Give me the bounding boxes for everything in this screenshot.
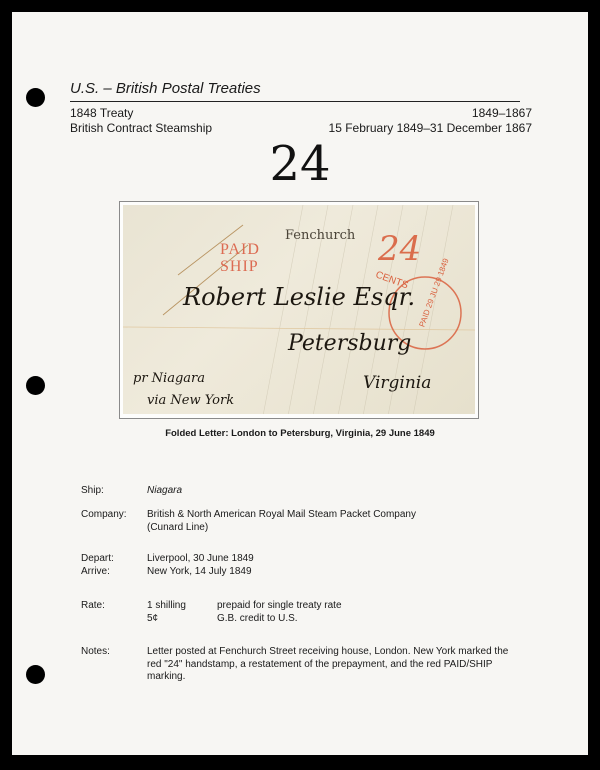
company-name: British & North American Royal Mail Stea… xyxy=(147,509,517,522)
rate-label: Rate: xyxy=(81,600,141,613)
notes-line: Letter posted at Fenchurch Street receiv… xyxy=(147,646,527,659)
ship-stamp: SHIP xyxy=(220,258,259,275)
treaty-label: 1848 Treaty xyxy=(70,106,212,121)
receiving-house-stamp: Fenchurch xyxy=(285,228,356,243)
cover-image-frame: Fenchurch PAID SHIP 24 CENTS PAID 29 JU … xyxy=(119,201,479,419)
period-dates: 15 February 1849–31 December 1867 xyxy=(329,121,532,136)
cover-caption: Folded Letter: London to Petersburg, Vir… xyxy=(0,428,600,439)
page-number: 24 xyxy=(0,136,600,192)
rate-desc-2: G.B. credit to U.S. xyxy=(217,613,517,626)
paid-stamp: PAID xyxy=(220,241,260,258)
company-alias: (Cunard Line) xyxy=(147,522,517,535)
routing-ship: pr Niagara xyxy=(133,371,205,386)
addressee-name: Robert Leslie Esqr. xyxy=(182,283,415,311)
period-years: 1849–1867 xyxy=(329,106,532,121)
letter-artwork: Fenchurch PAID SHIP 24 CENTS PAID 29 JU … xyxy=(123,205,475,414)
notes-label: Notes: xyxy=(81,646,141,659)
depart-value: Liverpool, 30 June 1849 xyxy=(147,553,517,566)
address-city: Petersburg xyxy=(287,331,411,356)
routing-via: via New York xyxy=(147,393,234,408)
header-right: 1849–1867 15 February 1849–31 December 1… xyxy=(329,106,532,136)
service-label: British Contract Steamship xyxy=(70,121,212,136)
address-state: Virginia xyxy=(363,373,431,393)
depart-label: Depart: xyxy=(81,553,141,566)
notes-line: red "24" handstamp, a restatement of the… xyxy=(147,659,527,672)
ship-label: Ship: xyxy=(81,485,141,498)
rate-desc-1: prepaid for single treaty rate xyxy=(217,600,517,613)
title-rule xyxy=(70,101,520,102)
header-left: 1848 Treaty British Contract Steamship xyxy=(70,106,212,136)
folded-letter-image: Fenchurch PAID SHIP 24 CENTS PAID 29 JU … xyxy=(123,205,475,414)
punch-hole xyxy=(26,88,45,107)
datestamp-text: PAID 29 JU 29 1849 xyxy=(417,257,450,329)
punch-hole xyxy=(26,376,45,395)
notes-line: marking. xyxy=(147,671,527,684)
arrive-value: New York, 14 July 1849 xyxy=(147,566,517,579)
rate-handstamp: 24 xyxy=(377,229,421,269)
company-value: British & North American Royal Mail Stea… xyxy=(147,509,517,534)
page-title: U.S. – British Postal Treaties xyxy=(70,80,261,97)
ship-value: Niagara xyxy=(147,485,517,498)
arrive-label: Arrive: xyxy=(81,566,141,579)
company-label: Company: xyxy=(81,509,141,522)
punch-hole xyxy=(26,665,45,684)
notes-text: Letter posted at Fenchurch Street receiv… xyxy=(147,646,527,684)
